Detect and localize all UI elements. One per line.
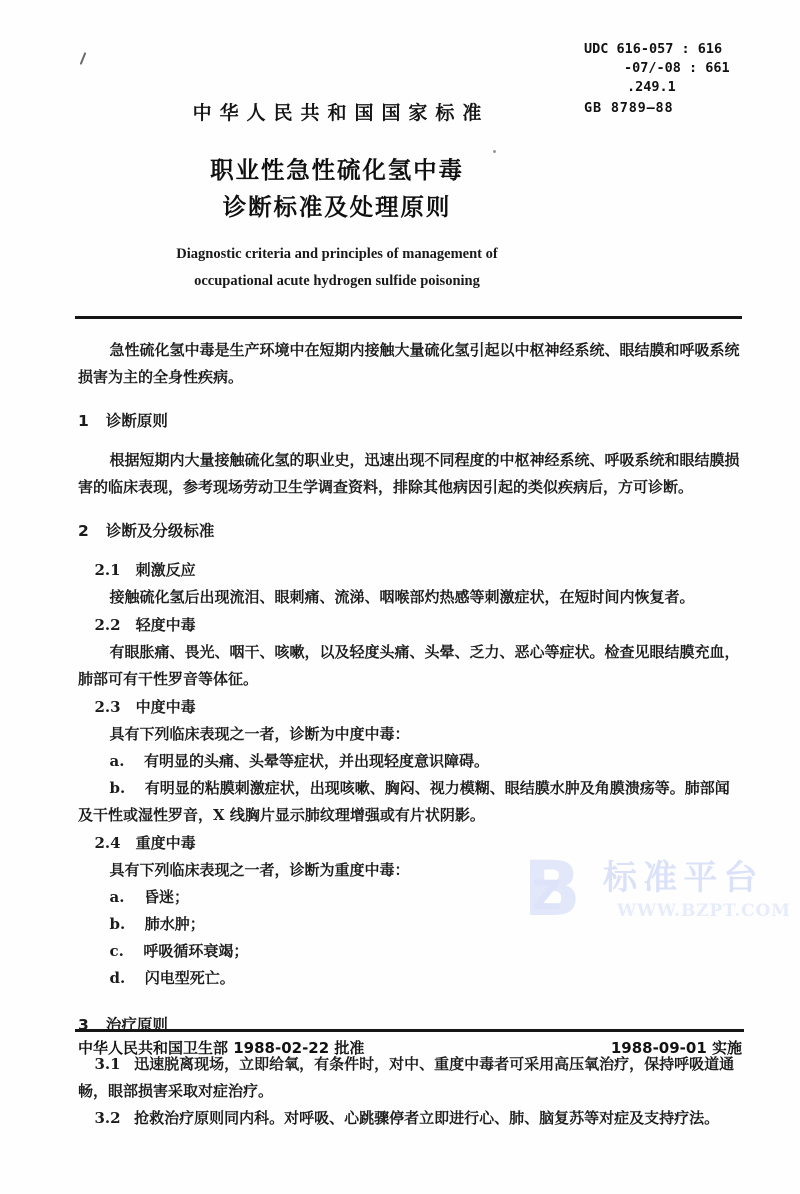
section-2-title: 诊断及分级标准	[106, 522, 215, 540]
footer-divider-rule	[75, 1029, 744, 1032]
section-2-4-number: 2.4	[95, 834, 121, 852]
udc-line2: -07/-08 : 661	[584, 59, 730, 78]
document-title-en-line2: occupational acute hydrogen sulfide pois…	[72, 268, 602, 295]
document-body: 急性硫化氢中毒是生产环境中在短期内接触大量硫化氢引起以中枢神经系统、眼结膜和呼吸…	[78, 337, 742, 1132]
section-2-2-heading: 2.2轻度中毒	[78, 612, 742, 639]
list-item-text: 闪电型死亡。	[145, 969, 235, 987]
udc-line1: UDC 616-057 : 616	[584, 40, 730, 59]
section-2-4-heading: 2.4重度中毒	[78, 830, 742, 857]
document-title-en-line1: Diagnostic criteria and principles of ma…	[72, 241, 602, 268]
document-footer: 中华人民共和国卫生部 1988-02-22 批准 1988-09-01 实施	[78, 1037, 742, 1058]
intro-paragraph: 急性硫化氢中毒是生产环境中在短期内接触大量硫化氢引起以中枢神经系统、眼结膜和呼吸…	[78, 337, 742, 391]
section-2-2-title: 轻度中毒	[136, 616, 196, 634]
section-1-paragraph: 根据短期内大量接触硫化氢的职业史，迅速出现不同程度的中枢神经系统、呼吸系统和眼结…	[78, 447, 742, 501]
section-2-2-paragraph: 有眼胀痛、畏光、咽干、咳嗽，以及轻度头痛、头晕、乏力、恶心等症状。检查见眼结膜充…	[78, 639, 742, 693]
list-item-2-3-a: a.有明显的头痛、头晕等症状，并出现轻度意识障碍。	[78, 748, 742, 775]
approval-statement: 中华人民共和国卫生部 1988-02-22 批准	[78, 1037, 364, 1058]
section-2-1-paragraph: 接触硫化氢后出现流泪、眼刺痛、流涕、咽喉部灼热感等刺激症状，在短时间内恢复者。	[78, 584, 742, 611]
section-1-title: 诊断原则	[106, 412, 168, 430]
list-item-label: d.	[110, 969, 126, 987]
section-3-heading: 3治疗原则	[78, 1012, 742, 1039]
section-2-2-number: 2.2	[95, 616, 121, 634]
list-item-text: 肺水肿；	[145, 915, 205, 933]
list-item-2-4-c: c.呼吸循环衰竭；	[78, 938, 742, 965]
section-2-3-heading: 2.3中度中毒	[78, 694, 742, 721]
section-2-4-title: 重度中毒	[136, 834, 196, 852]
section-2-3-paragraph: 具有下列临床表现之一者，诊断为中度中毒：	[78, 721, 742, 748]
list-item-label: b.	[110, 779, 126, 797]
section-2-3-number: 2.3	[95, 698, 121, 716]
section-2-3-title: 中度中毒	[136, 698, 196, 716]
section-3-1-paragraph: 3.1迅速脱离现场，立即给氧，有条件时，对中、重度中毒者可采用高压氧治疗，保持呼…	[78, 1051, 742, 1105]
section-2-1-heading: 2.1刺激反应	[78, 557, 742, 584]
list-item-label: a.	[110, 888, 125, 906]
list-item-2-4-b: b.肺水肿；	[78, 911, 742, 938]
header-divider-rule	[75, 316, 742, 319]
udc-line3: .249.1	[584, 78, 730, 97]
list-item-2-3-b: b.有明显的粘膜刺激症状，出现咳嗽、胸闷、视力模糊、眼结膜水肿及角膜溃疡等。肺部…	[78, 775, 742, 829]
standard-code: GB 8789—88	[584, 99, 730, 118]
section-3-1-text: 迅速脱离现场，立即给氧，有条件时，对中、重度中毒者可采用高压氧治疗，保持呼吸道通…	[78, 1055, 734, 1100]
document-header: 中华人民共和国国家标准 职业性急性硫化氢中毒 诊断标准及处理原则 Diagnos…	[0, 0, 800, 295]
list-item-text: 有明显的头痛、头晕等症状，并出现轻度意识障碍。	[144, 752, 489, 770]
list-item-label: c.	[110, 942, 124, 960]
section-3-2-text: 抢救治疗原则同内科。对呼吸、心跳骤停者立即进行心、肺、脑复苏等对症及支持疗法。	[134, 1109, 719, 1127]
document-title-en: Diagnostic criteria and principles of ma…	[72, 241, 602, 295]
scanned-standard-page: 中华人民共和国国家标准 职业性急性硫化氢中毒 诊断标准及处理原则 Diagnos…	[0, 0, 800, 1194]
list-item-2-4-a: a.昏迷；	[78, 884, 742, 911]
section-2-4-paragraph: 具有下列临床表现之一者，诊断为重度中毒：	[78, 857, 742, 884]
list-item-text: 有明显的粘膜刺激症状，出现咳嗽、胸闷、视力模糊、眼结膜水肿及角膜溃疡等。肺部闻及…	[78, 779, 730, 824]
list-item-text: 昏迷；	[144, 888, 189, 906]
implementation-date: 1988-09-01 实施	[611, 1037, 742, 1058]
section-2-heading: 2诊断及分级标准	[78, 518, 742, 545]
udc-classification-block: UDC 616-057 : 616 -07/-08 : 661 .249.1 G…	[584, 40, 730, 118]
national-standard-label: 中华人民共和国国家标准	[72, 98, 602, 125]
list-item-label: b.	[110, 915, 126, 933]
section-3-2-number: 3.2	[95, 1109, 121, 1127]
list-item-label: a.	[110, 752, 125, 770]
document-title-zh-line1: 职业性急性硫化氢中毒	[72, 152, 602, 189]
section-1-number: 1	[78, 412, 89, 430]
section-2-number: 2	[78, 522, 89, 540]
section-3-2-paragraph: 3.2抢救治疗原则同内科。对呼吸、心跳骤停者立即进行心、肺、脑复苏等对症及支持疗…	[78, 1105, 742, 1132]
document-title-zh: 职业性急性硫化氢中毒 诊断标准及处理原则	[72, 152, 602, 226]
section-1-heading: 1诊断原则	[78, 408, 742, 435]
section-2-1-title: 刺激反应	[136, 561, 196, 579]
section-2-1-number: 2.1	[95, 561, 121, 579]
header-title-column: 中华人民共和国国家标准 职业性急性硫化氢中毒 诊断标准及处理原则 Diagnos…	[72, 98, 602, 295]
document-title-zh-line2: 诊断标准及处理原则	[72, 189, 602, 226]
list-item-text: 呼吸循环衰竭；	[143, 942, 248, 960]
list-item-2-4-d: d.闪电型死亡。	[78, 965, 742, 992]
